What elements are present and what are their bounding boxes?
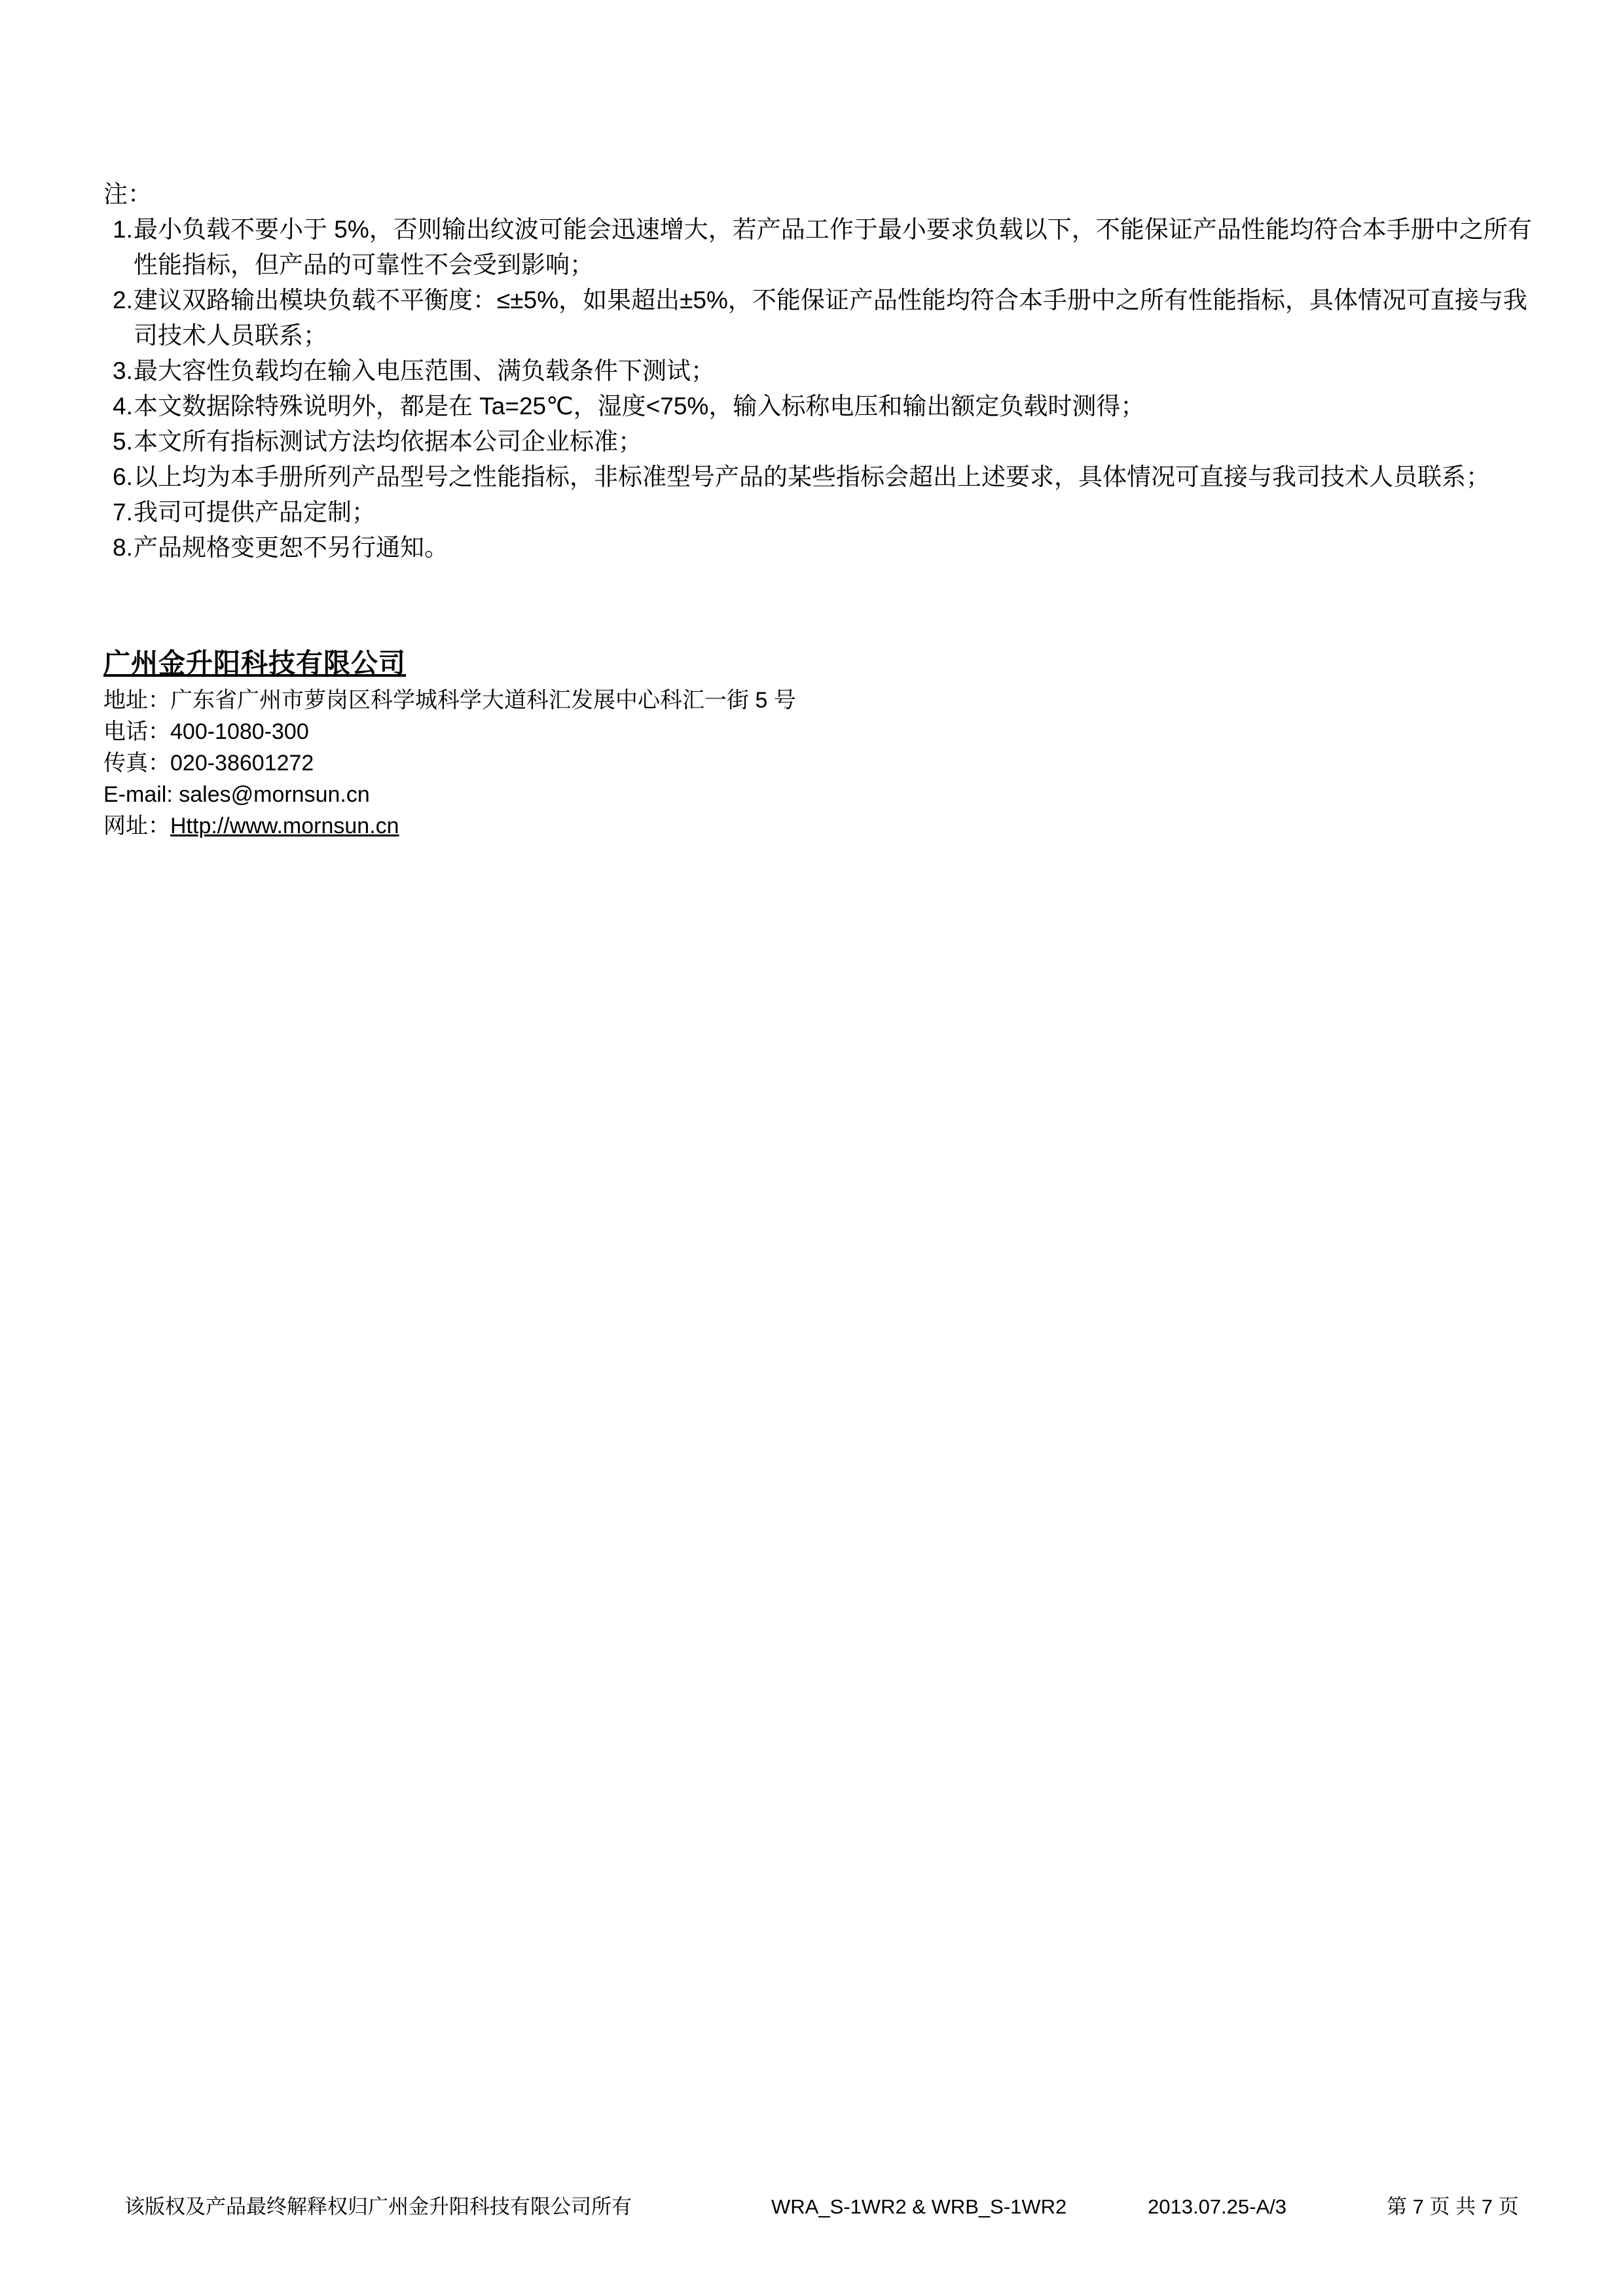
note-item: 6. 以上均为本手册所列产品型号之性能指标，非标准型号产品的某些指标会超出上述要… — [103, 459, 1537, 495]
address-label: 地址： — [103, 688, 170, 713]
note-number: 8. — [103, 530, 134, 565]
note-item: 4. 本文数据除特殊说明外，都是在 Ta=25℃，湿度<75%，输入标称电压和输… — [103, 389, 1537, 424]
company-phone-line: 电话：400-1080-300 — [103, 716, 1020, 747]
phone-label: 电话： — [103, 719, 170, 744]
address-value: 广东省广州市萝岗区科学城科学大道科汇发展中心科汇一街 5 号 — [170, 688, 796, 713]
website-label: 网址： — [103, 814, 170, 838]
note-item: 2. 建议双路输出模块负载不平衡度：≤±5%，如果超出±5%，不能保证产品性能均… — [103, 283, 1537, 353]
note-item: 1. 最小负载不要小于 5%，否则输出纹波可能会迅速增大，若产品工作于最小要求负… — [103, 212, 1537, 283]
company-address-line: 地址：广东省广州市萝岗区科学城科学大道科汇发展中心科汇一街 5 号 — [103, 685, 1020, 716]
company-info-section: 广州金升阳科技有限公司 地址：广东省广州市萝岗区科学城科学大道科汇发展中心科汇一… — [103, 647, 1020, 842]
footer-model-number: WRA_S-1WR2 & WRB_S-1WR2 — [771, 2193, 1067, 2221]
document-page: 注： 1. 最小负载不要小于 5%，否则输出纹波可能会迅速增大，若产品工作于最小… — [0, 0, 1623, 2296]
email-value: sales@mornsun.cn — [179, 782, 370, 807]
phone-value: 400-1080-300 — [170, 719, 309, 744]
note-text: 本文数据除特殊说明外，都是在 Ta=25℃，湿度<75%，输入标称电压和输出额定… — [134, 389, 1537, 424]
note-text: 以上均为本手册所列产品型号之性能指标，非标准型号产品的某些指标会超出上述要求，具… — [134, 459, 1537, 495]
website-link[interactable]: Http://www.mornsun.cn — [170, 814, 399, 838]
footer-page-number: 第 7 页 共 7 页 — [1387, 2193, 1519, 2221]
note-number: 5. — [103, 424, 134, 459]
note-item: 5. 本文所有指标测试方法均依据本公司企业标准； — [103, 424, 1537, 459]
note-number: 2. — [103, 283, 134, 318]
footer-revision: 2013.07.25-A/3 — [1148, 2193, 1286, 2221]
note-text: 我司可提供产品定制； — [134, 495, 1537, 530]
note-text: 产品规格变更恕不另行通知。 — [134, 530, 1537, 565]
note-text: 最小负载不要小于 5%，否则输出纹波可能会迅速增大，若产品工作于最小要求负载以下… — [134, 212, 1537, 283]
notes-section: 注： 1. 最小负载不要小于 5%，否则输出纹波可能会迅速增大，若产品工作于最小… — [103, 177, 1537, 565]
note-item: 7. 我司可提供产品定制； — [103, 495, 1537, 530]
footer-copyright: 该版权及产品最终解释权归广州金升阳科技有限公司所有 — [124, 2193, 632, 2221]
notes-heading: 注： — [103, 177, 1537, 212]
note-number: 1. — [103, 212, 134, 247]
note-number: 7. — [103, 495, 134, 530]
company-email-line: E-mail: sales@mornsun.cn — [103, 779, 1020, 810]
company-website-line: 网址：Http://www.mornsun.cn — [103, 810, 1020, 842]
fax-label: 传真： — [103, 751, 170, 776]
email-label: E-mail: — [103, 782, 179, 807]
note-item: 3. 最大容性负载均在输入电压范围、满负载条件下测试； — [103, 353, 1537, 389]
company-fax-line: 传真：020-38601272 — [103, 747, 1020, 779]
note-text: 建议双路输出模块负载不平衡度：≤±5%，如果超出±5%，不能保证产品性能均符合本… — [134, 283, 1537, 353]
note-number: 3. — [103, 353, 134, 389]
note-item: 8. 产品规格变更恕不另行通知。 — [103, 530, 1537, 565]
note-text: 本文所有指标测试方法均依据本公司企业标准； — [134, 424, 1537, 459]
note-number: 6. — [103, 459, 134, 495]
company-name: 广州金升阳科技有限公司 — [103, 647, 406, 679]
note-number: 4. — [103, 389, 134, 424]
page-footer: 该版权及产品最终解释权归广州金升阳科技有限公司所有 WRA_S-1WR2 & W… — [0, 2193, 1623, 2221]
fax-value: 020-38601272 — [170, 751, 314, 776]
note-text: 最大容性负载均在输入电压范围、满负载条件下测试； — [134, 353, 1537, 389]
